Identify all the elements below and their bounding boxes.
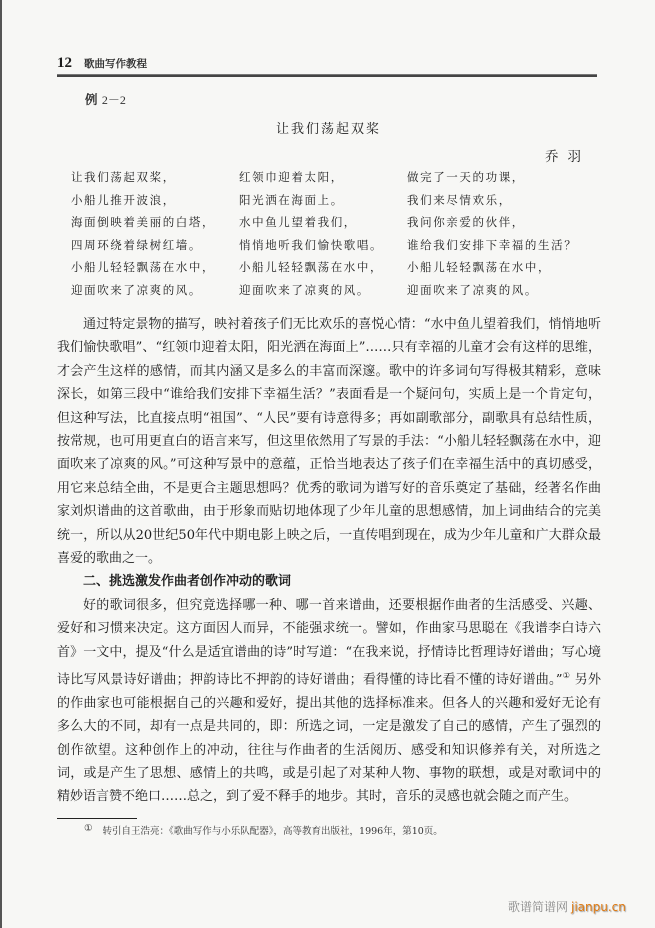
running-header: 12 歌曲写作教程 [57, 55, 147, 72]
lyric-line: 小船儿轻轻飘荡在水中， [71, 256, 239, 279]
lyric-line: 小船儿推开波浪， [71, 189, 239, 212]
lyric-line: 我问你亲爱的伙伴， [407, 211, 577, 234]
page-left-edge [0, 0, 2, 928]
lyric-line: 悄悄地听我们愉快歌唱。 [239, 234, 407, 257]
lyric-line: 阳光洒在海面上。 [239, 189, 407, 212]
example-word: 例 [85, 92, 98, 107]
lyric-line: 迎面吹来了凉爽的风。 [71, 279, 239, 302]
lyric-line: 迎面吹来了凉爽的风。 [239, 279, 407, 302]
paragraph-text: 另外的作曲家也可能根据自己的兴趣和爱好，提出其他的选择标准来。但各人的兴趣和爱好… [57, 672, 601, 804]
lyric-line: 水中鱼儿望着我们， [239, 211, 407, 234]
watermark-en: jianpu.cn [571, 900, 626, 914]
example-number: 2－2 [102, 93, 126, 107]
book-title: 歌曲写作教程 [84, 56, 147, 71]
lyric-line: 让我们荡起双桨， [71, 166, 239, 189]
lyric-line: 迎面吹来了凉爽的风。 [407, 279, 577, 302]
lyric-line: 我们来尽情欢乐， [407, 189, 577, 212]
lyric-line: 红领巾迎着太阳， [239, 166, 407, 189]
footnote: ① 转引自王浩亮：《歌曲写作与小乐队配器》，高等教育出版社，1996年，第10页… [84, 823, 443, 837]
paragraph-text: 好的歌词很多，但究竟选择哪一种、哪一首来谱曲，还要根据作曲者的生活感受、兴趣、爱… [57, 598, 601, 688]
lyric-line: 谁给我们安排下幸福的生活？ [407, 234, 577, 257]
footnote-rule [57, 818, 137, 819]
footnote-mark: ① [84, 823, 93, 837]
song-title: 让我们荡起双桨 [276, 118, 381, 137]
lyric-line: 海面倒映着美丽的白塔， [71, 211, 239, 234]
lyric-stanza-2: 红领巾迎着太阳， 阳光洒在海面上。 水中鱼儿望着我们， 悄悄地听我们愉快歌唱。 … [239, 166, 407, 302]
watermark-cn: 歌谱简谱网 [508, 898, 568, 915]
lyric-stanza-1: 让我们荡起双桨， 小船儿推开波浪， 海面倒映着美丽的白塔， 四周环绕着绿树红墙。… [71, 166, 239, 302]
song-author: 乔羽 [545, 145, 590, 165]
paragraph-selection: 好的歌词很多，但究竟选择哪一种、哪一首来谱曲，还要根据作曲者的生活感受、兴趣、爱… [57, 594, 601, 809]
paragraph-analysis: 通过特定景物的描写，映衬着孩子们无比欢乐的喜悦心情：“水中鱼儿望着我们，悄悄地听… [57, 313, 601, 570]
page-number: 12 [57, 55, 72, 72]
lyrics-block: 让我们荡起双桨， 小船儿推开波浪， 海面倒映着美丽的白塔， 四周环绕着绿树红墙。… [71, 166, 577, 302]
lyric-line: 做完了一天的功课， [407, 166, 577, 189]
section-heading: 二、挑选激发作曲者创作冲动的歌词 [57, 570, 601, 593]
header-rule [57, 74, 597, 77]
lyric-line: 四周环绕着绿树红墙。 [71, 234, 239, 257]
lyric-stanza-3: 做完了一天的功课， 我们来尽情欢乐， 我问你亲爱的伙伴， 谁给我们安排下幸福的生… [407, 166, 577, 302]
lyric-line: 小船儿轻轻飘荡在水中， [407, 256, 577, 279]
footnote-text: 转引自王浩亮：《歌曲写作与小乐队配器》，高等教育出版社，1996年，第10页。 [103, 823, 443, 837]
lyric-line: 小船儿轻轻飘荡在水中， [239, 256, 407, 279]
body-text: 通过特定景物的描写，映衬着孩子们无比欢乐的喜悦心情：“水中鱼儿望着我们，悄悄地听… [57, 313, 601, 809]
watermark: 歌谱简谱网 jianpu.cn [508, 898, 626, 915]
example-label: 例 2－2 [85, 90, 126, 108]
